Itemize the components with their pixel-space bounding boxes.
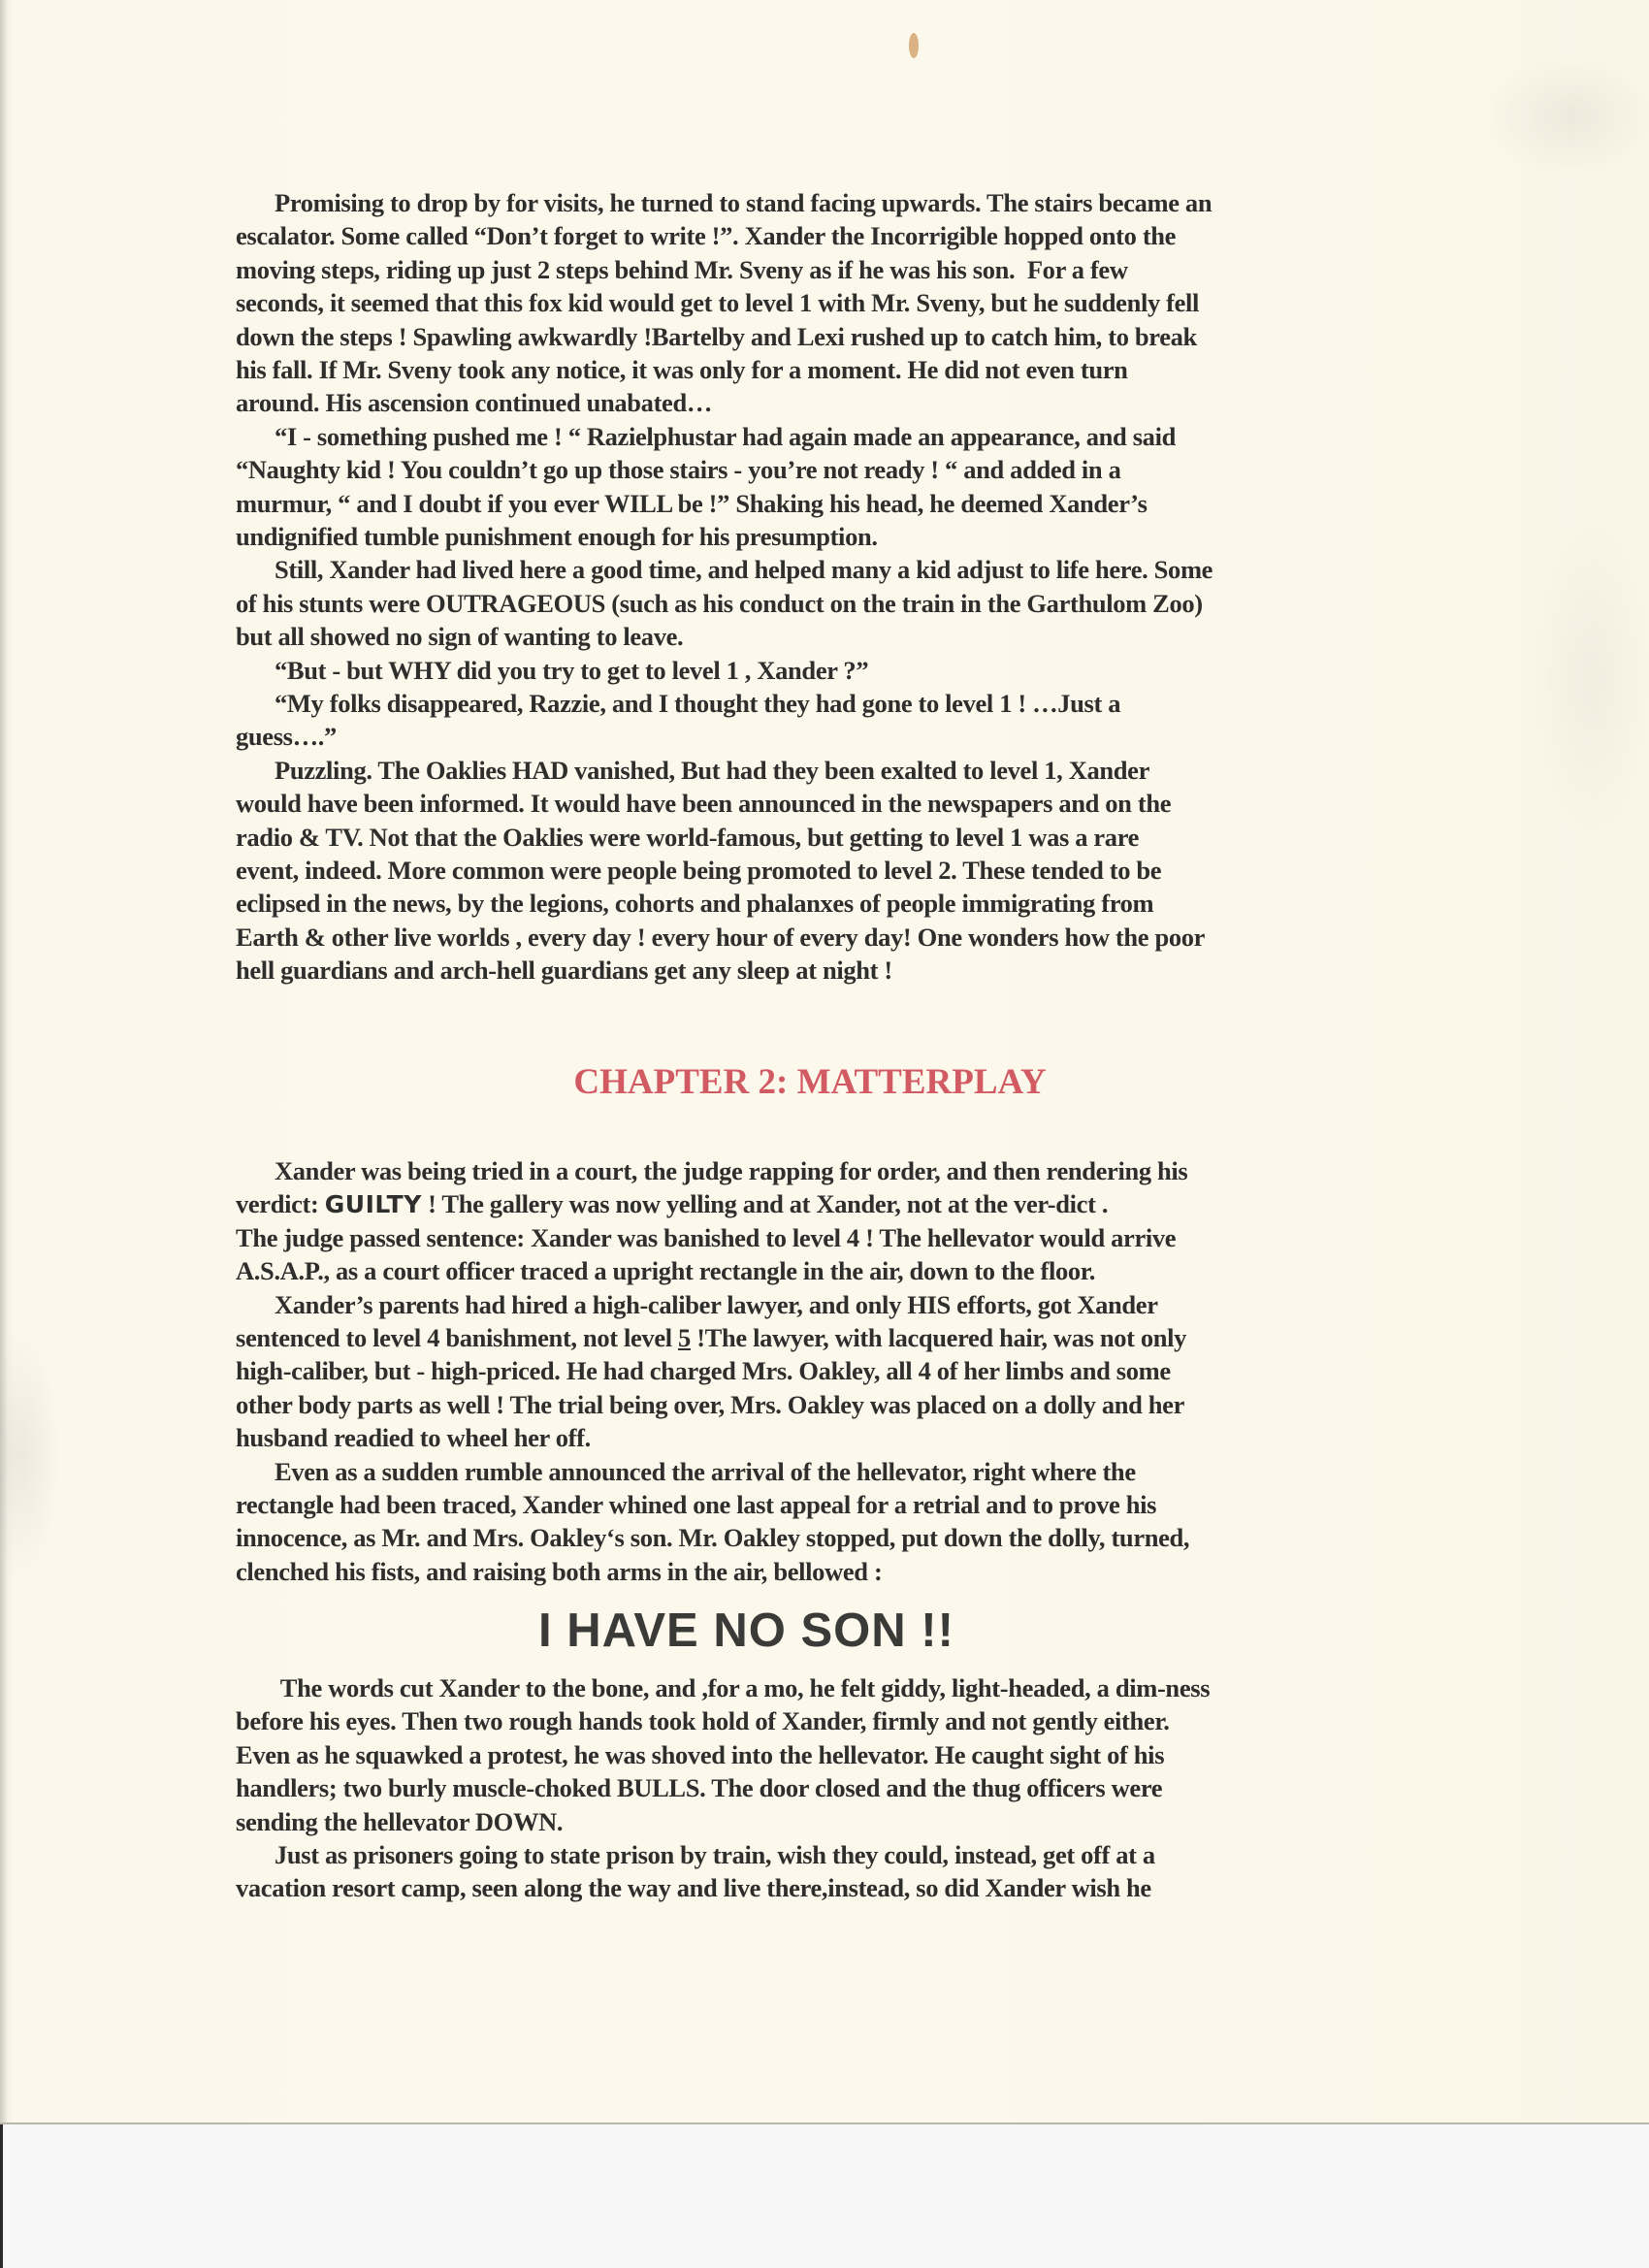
underlined-level: 5: [678, 1323, 691, 1352]
text-line: radio & TV. Not that the Oaklies were wo…: [236, 823, 1139, 853]
text-line: undignified tumble punishment enough for…: [236, 522, 878, 552]
text-line: Puzzling. The Oaklies HAD vanished, But …: [275, 756, 1149, 786]
text-line: Even as he squawked a protest, he was sh…: [236, 1740, 1164, 1770]
text-line: Earth & other live worlds , every day ! …: [236, 923, 1205, 953]
text-line: The words cut Xander to the bone, and ,f…: [275, 1673, 1210, 1703]
text-line: Promising to drop by for visits, he turn…: [275, 188, 1212, 218]
text-line: Even as a sudden rumble announced the ar…: [275, 1457, 1136, 1487]
text-line: eclipsed in the news, by the legions, co…: [236, 889, 1153, 919]
text-line: vacation resort camp, seen along the way…: [236, 1873, 1151, 1903]
text-line: escalator. Some called “Don’t forget to …: [236, 221, 1176, 251]
text-line: high-caliber, but - high-priced. He had …: [236, 1356, 1171, 1386]
text-line: his fall. If Mr. Sveny took any notice, …: [236, 355, 1128, 385]
text-line: of his stunts were OUTRAGEOUS (such as h…: [236, 589, 1203, 619]
text-line: Still, Xander had lived here a good time…: [275, 555, 1212, 585]
text-line: seconds, it seemed that this fox kid wou…: [236, 288, 1199, 318]
text-line: Xander’s parents had hired a high-calibe…: [275, 1290, 1158, 1320]
verdict-emphasis: GUILTY: [325, 1190, 422, 1218]
paper-stain: [909, 33, 919, 58]
shout-line: I HAVE NO SON !!: [538, 1604, 954, 1658]
text-line: “My folks disappeared, Razzie, and I tho…: [275, 689, 1120, 719]
text-line: handlers; two burly muscle-choked BULLS.…: [236, 1773, 1162, 1803]
text-line: husband readied to wheel her off.: [236, 1423, 591, 1453]
text-line: guess….”: [236, 722, 337, 752]
text-line: “But - but WHY did you try to get to lev…: [275, 656, 868, 686]
text-line: other body parts as well ! The trial bei…: [236, 1390, 1184, 1420]
text-line: hell guardians and arch-hell guardians g…: [236, 956, 892, 986]
text-line: clenched his fists, and raising both arm…: [236, 1557, 882, 1587]
text-line: before his eyes. Then two rough hands to…: [236, 1706, 1170, 1736]
chapter-heading: CHAPTER 2: MATTERPLAY: [0, 1061, 1649, 1103]
scanned-page: Promising to drop by for visits, he turn…: [0, 0, 1649, 2124]
text-line: event, indeed. More common were people b…: [236, 856, 1161, 886]
text-line: “I - something pushed me ! “ Razielphust…: [275, 422, 1176, 452]
text-line: around. His ascension continued unabated…: [236, 388, 712, 418]
text-line: but all showed no sign of wanting to lea…: [236, 622, 683, 652]
scanner-bed-edge: [0, 2124, 3, 2268]
text-line: sentenced to level 4 banishment, not lev…: [236, 1323, 1186, 1353]
text-line: verdict: GUILTY ! The gallery was now ye…: [236, 1189, 1108, 1219]
text-line: Xander was being tried in a court, the j…: [275, 1156, 1187, 1186]
text-line: Just as prisoners going to state prison …: [275, 1840, 1155, 1870]
text-line: down the steps ! Spawling awkwardly !Bar…: [236, 322, 1197, 352]
text-line: would have been informed. It would have …: [236, 789, 1171, 819]
text-line: moving steps, riding up just 2 steps beh…: [236, 255, 1128, 285]
text-line: sending the hellevator DOWN.: [236, 1807, 563, 1837]
text-line: “Naughty kid ! You couldn’t go up those …: [236, 455, 1121, 485]
text-line: A.S.A.P., as a court officer traced a up…: [236, 1256, 1095, 1286]
text-line: The judge passed sentence: Xander was ba…: [236, 1223, 1176, 1253]
text-line: innocence, as Mr. and Mrs. Oakley‘s son.…: [236, 1523, 1189, 1553]
text-line: rectangle had been traced, Xander whined…: [236, 1490, 1156, 1520]
text-line: murmur, “ and I doubt if you ever WILL b…: [236, 489, 1148, 519]
